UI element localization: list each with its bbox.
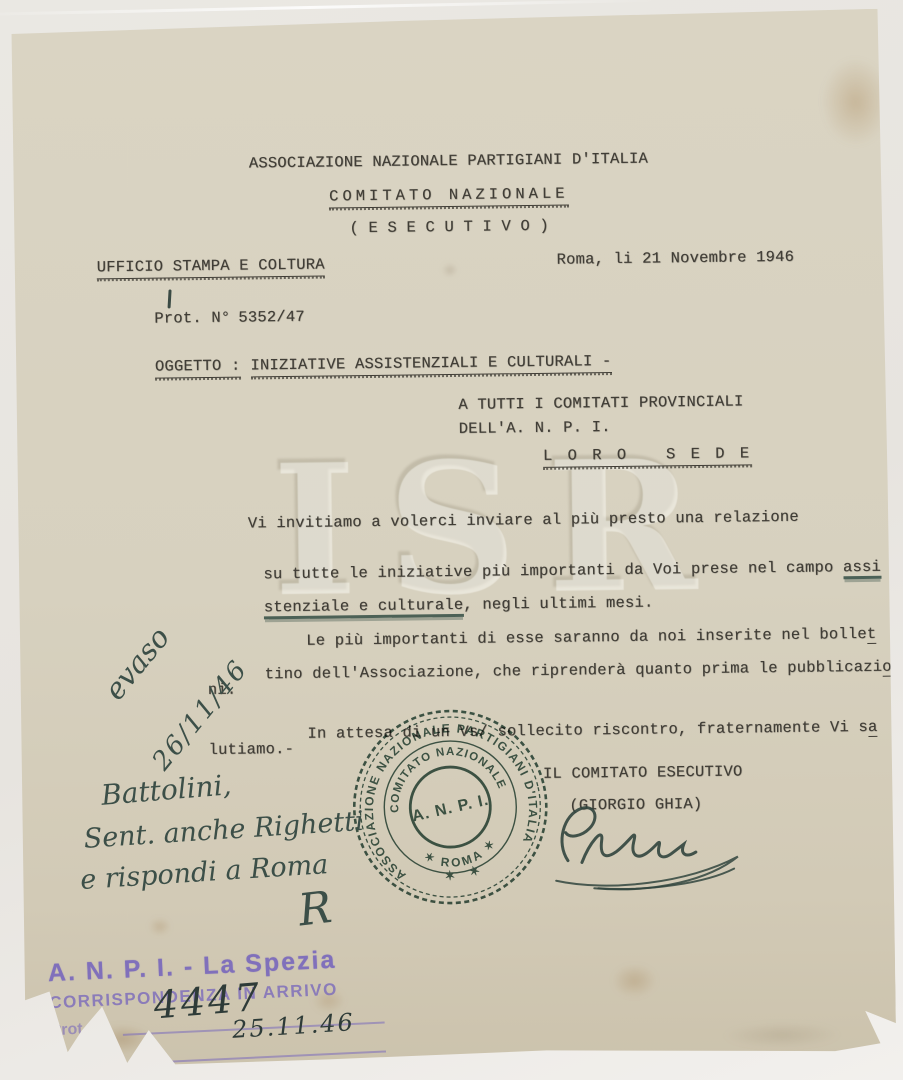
subject-text: INIZIATIVE ASSISTENZIALI E CULTURALI - bbox=[250, 352, 611, 377]
margin-note-date: 26/11/46 bbox=[147, 654, 254, 776]
signature-giorgio-ghia bbox=[537, 796, 753, 899]
recipient-line2: DELL'A. N. P. I. bbox=[459, 418, 611, 438]
arrival-stamp-date-line bbox=[124, 1050, 386, 1064]
recipient-salute: L O R O S E D E bbox=[543, 444, 752, 468]
handwritten-note-line3: e rispondi a Roma bbox=[79, 849, 329, 896]
arrival-stamp-prot-label: Prot. bbox=[50, 1021, 87, 1040]
scan-background: ISR ASSOCIAZIONE NAZIONALE PARTIGIANI D'… bbox=[0, 0, 903, 1080]
anpi-round-stamp: ASSOCIAZIONE NAZIONALE PARTIGIANI D'ITAL… bbox=[345, 702, 556, 913]
letterhead-organization: ASSOCIAZIONE NAZIONALE PARTIGIANI D'ITAL… bbox=[11, 147, 885, 176]
paper-stain bbox=[722, 1021, 842, 1048]
subject-label: OGGETTO : bbox=[155, 357, 241, 379]
closing-role: IL COMITATO ESECUTIVO bbox=[543, 762, 743, 782]
recipient-line1: A TUTTI I COMITATI PROVINCIALI bbox=[458, 392, 743, 413]
letterhead-executive: ( E S E C U T I V O ) bbox=[12, 213, 886, 242]
margin-note-word: evaso bbox=[97, 620, 176, 706]
scanner-light-streak bbox=[0, 0, 660, 16]
office-line: UFFICIO STAMPA E COLTURA bbox=[97, 256, 325, 280]
paper-stain bbox=[820, 57, 891, 148]
dateline: Roma, li 21 Novembre 1946 bbox=[556, 248, 794, 269]
body-p1-line2-underlined: assi bbox=[843, 558, 881, 579]
protocol-number: 5352/47 bbox=[238, 308, 305, 327]
body-p3-line1-hyphen-char: a bbox=[868, 718, 878, 737]
protocol-label: Prot. N° bbox=[154, 309, 230, 328]
paper-stain bbox=[611, 964, 657, 999]
body-p2-line2-hyphen-char: o bbox=[882, 658, 892, 677]
body-p2-line2: tino dell'Associazione, che riprenderà q… bbox=[265, 658, 883, 684]
letterhead-committee: COMITATO NAZIONALE bbox=[329, 185, 569, 209]
paper-stain bbox=[149, 917, 171, 935]
handwritten-initial: R bbox=[296, 882, 335, 937]
stamp-center-text: A. N. P. I. bbox=[411, 792, 491, 826]
arrival-stamp-date-label: Data bbox=[52, 1050, 87, 1069]
letter-paper: ISR ASSOCIAZIONE NAZIONALE PARTIGIANI D'… bbox=[10, 9, 897, 1068]
paper-stain bbox=[443, 264, 457, 276]
